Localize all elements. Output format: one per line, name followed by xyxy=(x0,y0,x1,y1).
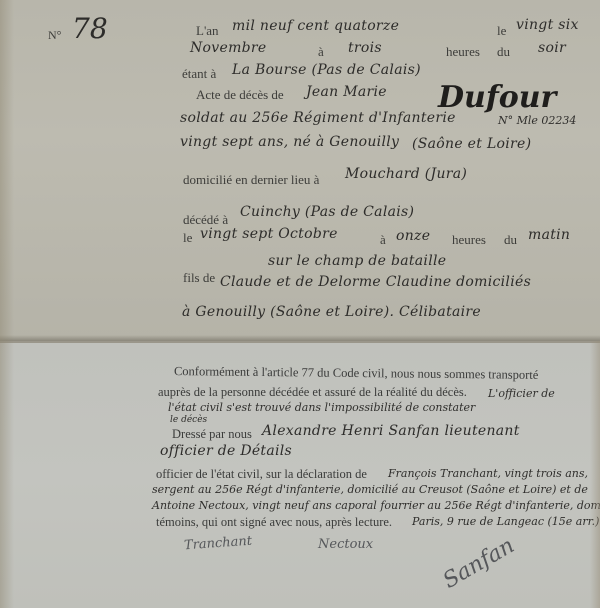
signature-2: Nectoux xyxy=(318,537,373,552)
witness-1-details: sergent au 256e Régt d'infanterie, domic… xyxy=(152,483,588,496)
page-edge-left xyxy=(0,0,14,608)
day-label: le xyxy=(497,23,506,39)
du-label: du xyxy=(497,44,510,60)
page-edge-right xyxy=(590,341,600,608)
conformity-hand-1: L'officier de xyxy=(488,387,555,400)
officer-print: officier de l'état civil, sur la déclara… xyxy=(156,467,367,482)
domicile-value: Mouchard (Jura) xyxy=(345,166,467,182)
deceased-label: Acte de décès de xyxy=(196,87,284,103)
conformity-hand-3: le décès xyxy=(170,415,207,425)
death-period-value: matin xyxy=(528,227,570,243)
hour-a-label: à xyxy=(318,44,324,60)
rank-regiment: soldat au 256e Régiment d'Infanterie xyxy=(180,110,456,126)
parents-label: fils de xyxy=(183,270,215,286)
signature-3: Sanfan xyxy=(439,533,519,594)
deceased-surname: Dufour xyxy=(438,80,556,115)
entry-number-label: N° xyxy=(48,28,61,43)
witness-1: François Tranchant, vingt trois ans, xyxy=(388,467,588,480)
officer-title: officier de Détails xyxy=(160,443,292,459)
parents-value: Claude et de Delorme Claudine domiciliés xyxy=(220,274,531,290)
place-label: étant à xyxy=(182,66,216,82)
conformity-hand-2: l'état civil s'est trouvé dans l'impossi… xyxy=(168,401,475,414)
death-place-value: Cuinchy (Pas de Calais) xyxy=(240,204,414,220)
year-value: mil neuf cent quatorze xyxy=(232,18,399,34)
register-page-bottom: Conformément à l'article 77 du Code civi… xyxy=(0,341,600,608)
year-label: L'an xyxy=(196,23,219,39)
drafted-label: Dressé par nous xyxy=(172,427,252,442)
officer-name: Alexandre Henri Sanfan lieutenant xyxy=(262,423,520,439)
place-value: La Bourse (Pas de Calais) xyxy=(232,62,421,78)
death-hour-value: onze xyxy=(396,228,430,244)
register-page-top: N° 78 L'an mil neuf cent quatorze le vin… xyxy=(0,0,600,341)
birth-region: (Saône et Loire) xyxy=(412,136,531,152)
age-birthplace: vingt sept ans, né à Genouilly xyxy=(180,134,399,150)
matricule: N° Mle 02234 xyxy=(498,114,576,127)
conformity-line-1: Conformément à l'article 77 du Code civi… xyxy=(174,364,538,383)
death-heures-label: heures xyxy=(452,232,486,248)
witnesses-label: témoins, qui ont signé avec nous, après … xyxy=(156,515,392,530)
entry-number: 78 xyxy=(72,12,108,45)
witness-2: Antoine Nectoux, vingt neuf ans caporal … xyxy=(152,499,600,512)
death-hour-a-label: à xyxy=(380,232,386,248)
signature-1: Tranchant xyxy=(184,534,253,554)
month-value: Novembre xyxy=(190,40,267,56)
hour-value: trois xyxy=(348,40,382,56)
day-value: vingt six xyxy=(516,17,579,33)
death-du-label: du xyxy=(504,232,517,248)
death-date-label: le xyxy=(183,230,192,246)
parents-domicile: à Genouilly (Saône et Loire). Célibatair… xyxy=(182,304,481,320)
conformity-line-2: auprès de la personne décédée et assuré … xyxy=(158,385,467,400)
witness-2-address: Paris, 9 rue de Langeac (15e arr.) xyxy=(412,515,599,528)
deceased-first-names: Jean Marie xyxy=(306,84,387,100)
heures-label: heures xyxy=(446,44,480,60)
death-date-value: vingt sept Octobre xyxy=(200,226,338,242)
death-location: sur le champ de bataille xyxy=(268,253,446,269)
domicile-label: domicilié en dernier lieu à xyxy=(183,172,319,188)
period-value: soir xyxy=(538,40,566,56)
